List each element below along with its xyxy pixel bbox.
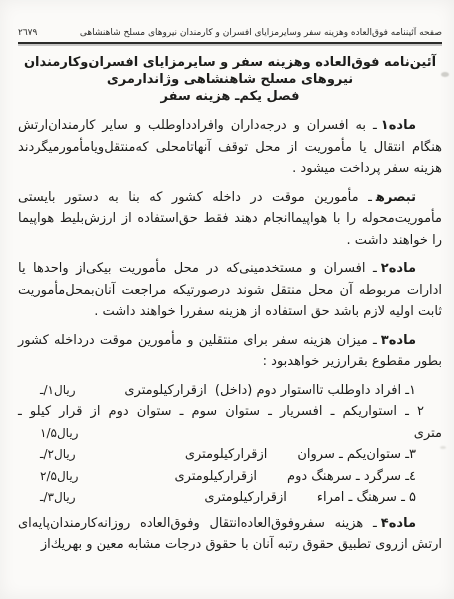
title-line-1: آئین‌نامه فوق‌العاده وهزینه سفر و سایرمز… bbox=[18, 54, 442, 71]
rate-amount: ـ/۳ bbox=[40, 487, 54, 509]
rate-ranks: ٤ـ سرگرد ـ سرهنگ دوم bbox=[287, 466, 416, 488]
article-4-text: ـ هزینه سفروفوق‌العاده‌انتقال وفوق‌العاد… bbox=[18, 516, 442, 553]
rate-basis: ازقرارکیلومتری bbox=[124, 380, 207, 402]
running-header: صفحه آئیننامه فوق‌العاده وهزینه سفر وسای… bbox=[18, 27, 442, 39]
scan-artifact bbox=[440, 446, 446, 449]
rate-value: ـ/۱ریال bbox=[40, 380, 76, 402]
rate-unit: ریال bbox=[54, 444, 76, 466]
rate-table: ۱ـ افراد داوطلب تااستوار دوم (داخل) ازقر… bbox=[18, 380, 442, 509]
rate-ranks: ۵ ـ سرهنگ ـ امراء bbox=[317, 487, 416, 509]
rate-basis: ازقرارکیلومتری bbox=[185, 444, 268, 466]
rate-basis: ازقرارکیلومتری bbox=[175, 466, 258, 488]
rate-amount: ۱/۵ bbox=[40, 423, 57, 445]
page-number: ۲٦۷۹ bbox=[18, 27, 37, 39]
rate-unit: ریال bbox=[54, 487, 76, 509]
article-1-text: ـ به افسران و درجه‌داران وافرادداوطلب و … bbox=[18, 118, 442, 176]
rate-amount: ـ/۱ bbox=[40, 380, 54, 402]
article-1-label: ماده۱ bbox=[381, 118, 416, 133]
title-line-2: نیروهای مسلح شاهنشاهی وژاندارمری bbox=[18, 71, 442, 88]
note-label: تبصره bbox=[376, 190, 416, 205]
document-page: صفحه آئیننامه فوق‌العاده وهزینه سفر وسای… bbox=[0, 0, 454, 599]
rate-row-continuation: متری ۱/۵ریال bbox=[18, 423, 442, 445]
rate-amount: ـ/۲ bbox=[40, 444, 54, 466]
article-4-label: ماده۴ bbox=[381, 516, 416, 531]
rate-row-grade-4: ٤ـ سرگرد ـ سرهنگ دوم ازقرارکیلومتری ۲/۵ر… bbox=[18, 466, 442, 488]
rate-basis: ازقرارکیلومتری bbox=[204, 487, 287, 509]
rate-row-grade-5: ۵ ـ سرهنگ ـ امراء ازقرارکیلومتری ـ/۳ریال bbox=[18, 487, 442, 509]
article-3: ماده۳ـ میزان هزینه سفر برای منتقلین و مأ… bbox=[18, 330, 442, 373]
rate-unit: ریال bbox=[57, 423, 79, 445]
article-3-text: ـ میزان هزینه سفر برای منتقلین و مأمورین… bbox=[18, 333, 442, 370]
rate-amount: ۲/۵ bbox=[40, 466, 57, 488]
chapter-heading: فصل یکم‌ـ هزینه سفر bbox=[18, 88, 442, 105]
article-4: ماده۴ـ هزینه سفروفوق‌العاده‌انتقال وفوق‌… bbox=[18, 513, 442, 556]
rate-row-grade-3: ۳ـ ستوان‌یکم ـ سروان ازقرارکیلومتری ـ/۲ر… bbox=[18, 444, 442, 466]
note-paragraph: تبصرهـ مأمورین موقت در داخله کشور که بنا… bbox=[18, 187, 442, 252]
rate-value: ۱/۵ریال bbox=[40, 423, 78, 445]
article-3-label: ماده۳ bbox=[381, 333, 416, 348]
rate-value: ـ/۳ریال bbox=[40, 487, 76, 509]
rate-ranks: متری bbox=[414, 423, 442, 445]
running-header-text: صفحه آئیننامه فوق‌العاده وهزینه سفر وسای… bbox=[80, 27, 442, 39]
article-2-label: ماده۲ bbox=[381, 261, 416, 276]
rate-value: ۲/۵ریال bbox=[40, 466, 78, 488]
rate-row-grade-2: ۲ ـ استواریکم ـ افسریار ـ ستوان سوم ـ ست… bbox=[18, 401, 442, 423]
scan-artifact bbox=[441, 72, 449, 77]
rate-ranks: ۱ـ افراد داوطلب تااستوار دوم (داخل) bbox=[215, 380, 416, 402]
header-rule bbox=[18, 42, 442, 44]
rate-value: ـ/۲ریال bbox=[40, 444, 76, 466]
article-2-text: ـ افسران و مستخدمینی‌که در محل مأموریت ب… bbox=[18, 261, 442, 319]
rate-row-grade-1: ۱ـ افراد داوطلب تااستوار دوم (داخل) ازقر… bbox=[18, 380, 442, 402]
rate-ranks: ۳ـ ستوان‌یکم ـ سروان bbox=[297, 444, 416, 466]
rate-unit: ریال bbox=[54, 380, 76, 402]
article-1: ماده۱ـ به افسران و درجه‌داران وافرادداوط… bbox=[18, 115, 442, 180]
rate-unit: ریال bbox=[57, 466, 79, 488]
article-2: ماده۲ـ افسران و مستخدمینی‌که در محل مأمو… bbox=[18, 258, 442, 323]
document-title: آئین‌نامه فوق‌العاده وهزینه سفر و سایرمز… bbox=[18, 54, 442, 105]
